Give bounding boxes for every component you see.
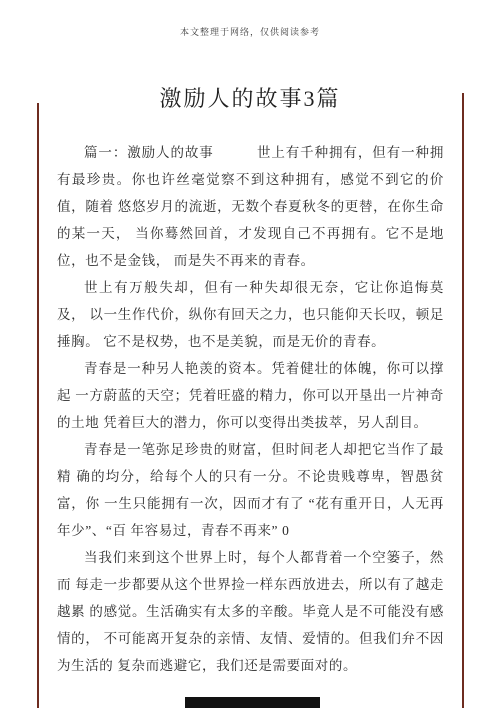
paragraph: 青春是一笔弥足珍贵的财富，但时间老人却把它当作了最精 确的均分，给每个人的只有一…: [57, 436, 444, 544]
header-note: 本文整理于网络，仅供阅读参考: [0, 25, 500, 38]
paragraph: 世上有万般失却，但有一种失却很无奈，它让你追悔莫及， 以一生作代价，纵你有回天之…: [57, 274, 444, 355]
left-margin-rule: [37, 103, 39, 708]
document-page: 本文整理于网络，仅供阅读参考 激励人的故事3篇 篇一：激励人的故事 世上有千种拥…: [0, 0, 500, 708]
bottom-bar: [185, 697, 320, 708]
paragraph: 当我们来到这个世界上时，每个人都背着一个空篓子，然而 每走一步都要从这个世界捡一…: [57, 544, 444, 679]
page-title: 激励人的故事3篇: [0, 82, 500, 113]
article-body: 篇一：激励人的故事 世上有千种拥有，但有一种拥有最珍贵。你也许丝毫觉察不到这种拥…: [57, 139, 444, 679]
right-margin-rule: [462, 93, 464, 708]
paragraph: 篇一：激励人的故事 世上有千种拥有，但有一种拥有最珍贵。你也许丝毫觉察不到这种拥…: [57, 139, 444, 274]
paragraph: 青春是一种另人艳羡的资本。凭着健壮的体魄，你可以撑起 一方蔚蓝的天空；凭着旺盛的…: [57, 355, 444, 436]
